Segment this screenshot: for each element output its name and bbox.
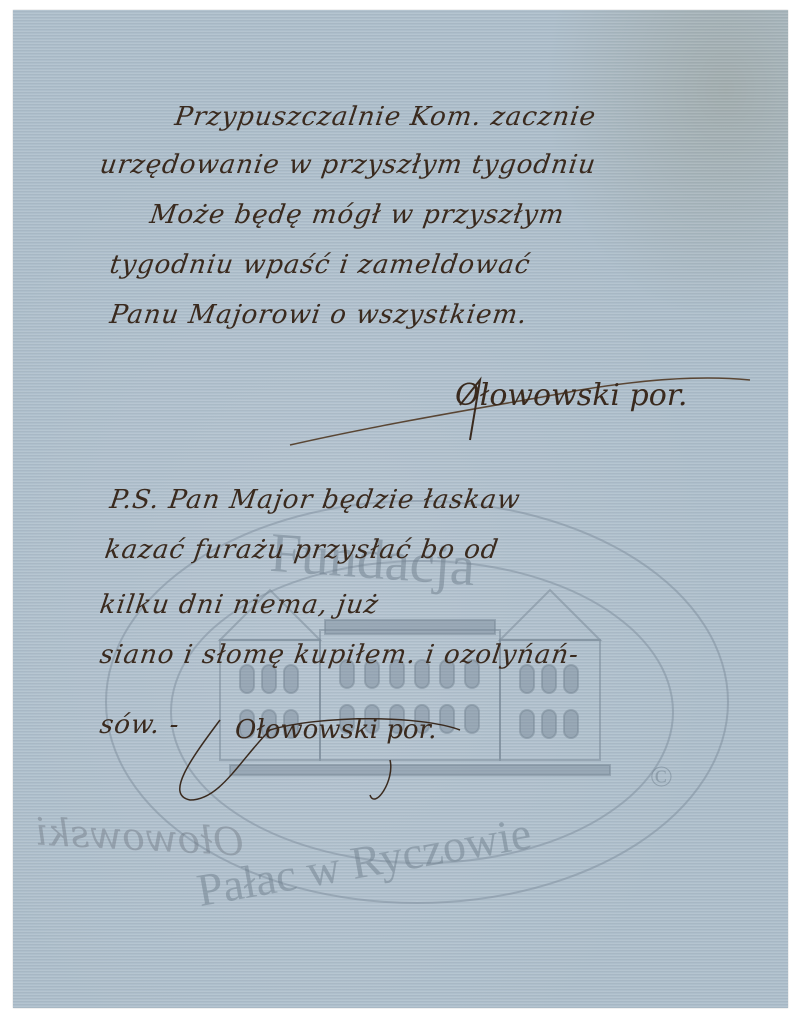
signature-1: Ołowowski por. [455,378,687,413]
letter-line-3: Może będę mógł w przyszłym [148,200,567,230]
letter-line-5: Panu Majorowi o wszystkiem. [108,300,530,330]
signature-2: Ołowowski por. [235,715,436,745]
postscript-line-3: kilku dni niema, już [98,590,381,620]
letter-line-4: tygodniu wpaść i zameldować [108,250,533,280]
postscript-line-1: P.S. Pan Major będzie łaskaw [108,485,523,515]
watermark-copyright: © [650,760,673,794]
letter-line-1: Przypuszczalnie Kom. zacznie [173,102,598,132]
postscript-line-2: kazać furażu przysłać bo od [103,535,501,565]
letter-line-2: urzędowanie w przyszłym tygodniu [98,150,598,180]
postscript-line-4: siano i słomę kupiłem. i ozolyńań- [98,640,581,670]
